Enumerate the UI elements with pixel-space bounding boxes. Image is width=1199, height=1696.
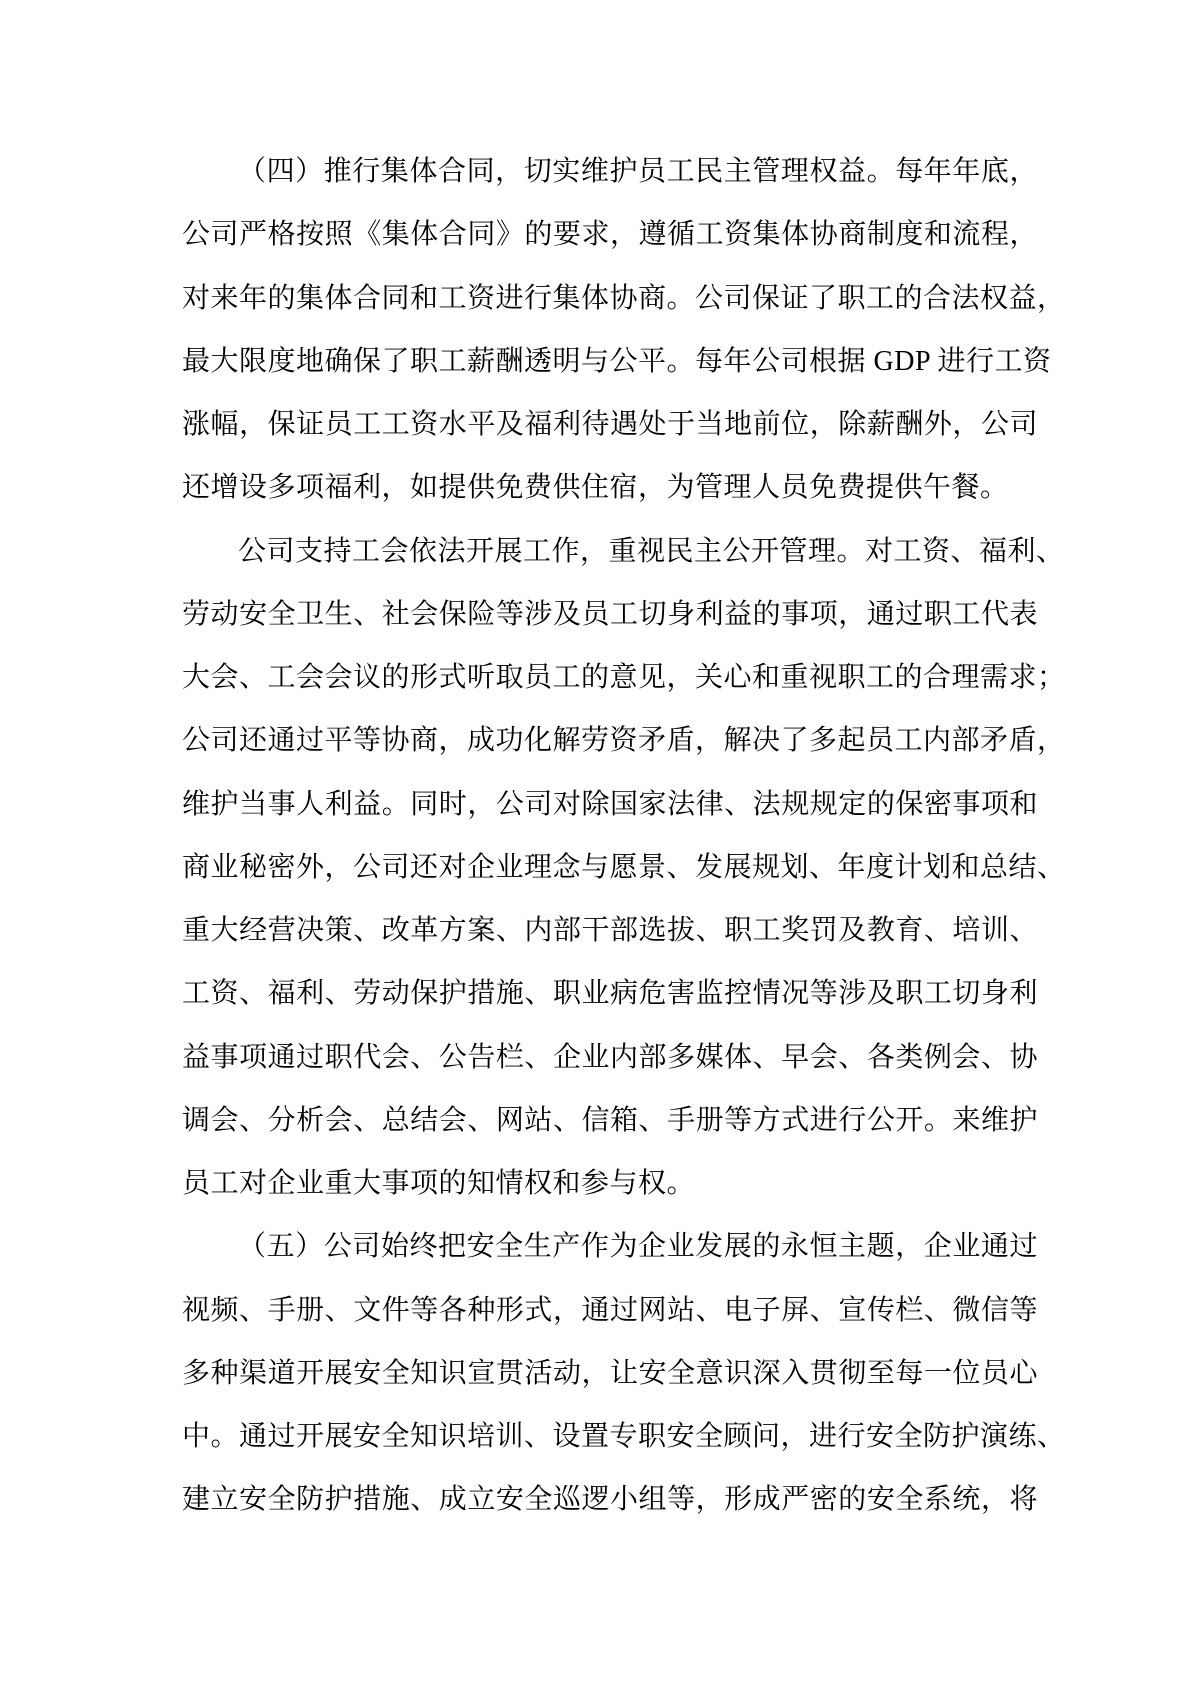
text-line: 工资、福利、劳动保护措施、职业病危害监控情况等涉及职工切身利 bbox=[182, 962, 1038, 1025]
text-column: （四）推行集体合同，切实维护员工民主管理权益。每年年底， 公司严格按照《集体合同… bbox=[182, 140, 1038, 1532]
text-line: 视频、手册、文件等各种形式，通过网站、电子屏、宣传栏、微信等 bbox=[182, 1279, 1038, 1342]
text-line: 公司支持工会依法开展工作，重视民主公开管理。对工资、福利、 bbox=[182, 520, 1038, 583]
text-line: 公司还通过平等协商，成功化解劳资矛盾，解决了多起员工内部矛盾， bbox=[182, 709, 1038, 772]
text-line: 商业秘密外，公司还对企业理念与愿景、发展规划、年度计划和总结、 bbox=[182, 836, 1038, 899]
text-line: 公司严格按照《集体合同》的要求，遵循工资集体协商制度和流程， bbox=[182, 203, 1038, 266]
text-line: 最大限度地确保了职工薪酬透明与公平。每年公司根据 GDP 进行工资 bbox=[182, 330, 1038, 393]
text-line: 多种渠道开展安全知识宣贯活动，让安全意识深入贯彻至每一位员心 bbox=[182, 1342, 1038, 1405]
text-line: 建立安全防护措施、成立安全巡逻小组等，形成严密的安全系统，将 bbox=[182, 1468, 1038, 1531]
text-line: 还增设多项福利，如提供免费供住宿，为管理人员免费提供午餐。 bbox=[182, 456, 1038, 519]
text-line: 益事项通过职代会、公告栏、企业内部多媒体、早会、各类例会、协 bbox=[182, 1026, 1038, 1089]
text-line: 调会、分析会、总结会、网站、信箱、手册等方式进行公开。来维护 bbox=[182, 1089, 1038, 1152]
text-line: 对来年的集体合同和工资进行集体协商。公司保证了职工的合法权益， bbox=[182, 267, 1038, 330]
document-page: （四）推行集体合同，切实维护员工民主管理权益。每年年底， 公司严格按照《集体合同… bbox=[0, 0, 1199, 1696]
text-line: （四）推行集体合同，切实维护员工民主管理权益。每年年底， bbox=[182, 140, 1038, 203]
text-line: 大会、工会会议的形式听取员工的意见，关心和重视职工的合理需求； bbox=[182, 646, 1038, 709]
text-line: （五）公司始终把安全生产作为企业发展的永恒主题，企业通过 bbox=[182, 1215, 1038, 1278]
text-line: 劳动安全卫生、社会保险等涉及员工切身利益的事项，通过职工代表 bbox=[182, 583, 1038, 646]
text-line: 中。通过开展安全知识培训、设置专职安全顾问，进行安全防护演练、 bbox=[182, 1405, 1038, 1468]
text-line: 重大经营决策、改革方案、内部干部选拔、职工奖罚及教育、培训、 bbox=[182, 899, 1038, 962]
text-line: 维护当事人利益。同时，公司对除国家法律、法规规定的保密事项和 bbox=[182, 773, 1038, 836]
text-line: 员工对企业重大事项的知情权和参与权。 bbox=[182, 1152, 1038, 1215]
text-line: 涨幅，保证员工工资水平及福利待遇处于当地前位，除薪酬外，公司 bbox=[182, 393, 1038, 456]
